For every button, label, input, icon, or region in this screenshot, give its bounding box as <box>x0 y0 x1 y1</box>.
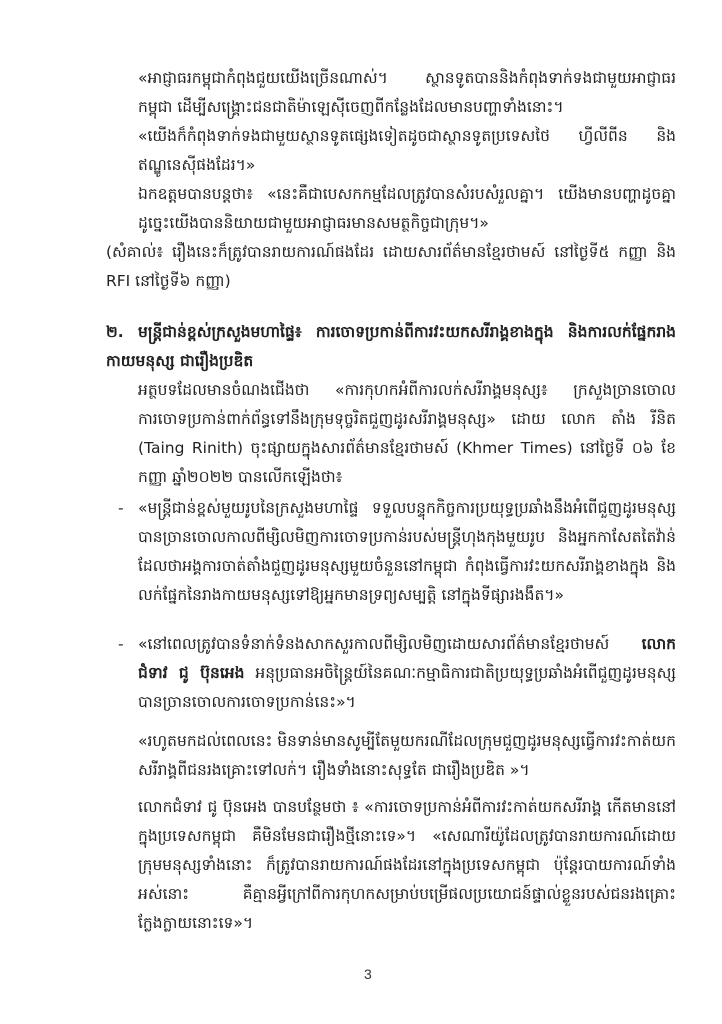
quote-paragraph-2: «យើងក៏កំពុងទាក់ទងជាមួយស្ថានទូតផ្សេងទៀតដូ… <box>138 122 676 180</box>
bullet-text-before: «នៅពេលត្រូវបានទំនាក់ទំនងសាកសួរកាលពីម្សិល… <box>138 635 642 653</box>
quote-paragraph-1: «អាជ្ញាធរកម្ពុជាកំពុងជួយយើងច្រើនណាស់។ ស្… <box>138 64 676 122</box>
bullet-item-1: - «មន្ត្រីជាន់ខ្ពស់មួយរូបនៃក្រសួងមហាផ្ទៃ… <box>138 494 676 610</box>
quote-paragraph-4: «រហូតមកដល់ពេលនេះ មិនទាន់មានសូម្បីតែមួយករ… <box>138 727 676 785</box>
final-paragraph: លោកជំទាវ ជូ ប៊ុនអេង បានបន្ថែមថា ៖ «ការចោ… <box>138 793 676 938</box>
section-number: ២. <box>106 318 138 347</box>
bullet-marker: - <box>118 494 124 523</box>
section-2-heading: ២.មន្ត្រីជាន់ខ្ពស់ក្រសួងមហាផ្ទៃ៖ ការចោទប… <box>106 318 676 376</box>
section-2-intro: អត្ថបទដែលមានចំណងជើងថា «ការកុហកអំពីការលក់… <box>138 376 676 492</box>
page-number: 3 <box>364 966 372 982</box>
bullet-marker: - <box>118 630 124 659</box>
quote-paragraph-3: ឯកឧត្តមបានបន្តថា៖ «នេះគឺជាបេសកកម្មដែលត្រ… <box>138 180 676 238</box>
section-title: មន្ត្រីជាន់ខ្ពស់ក្រសួងមហាផ្ទៃ៖ ការចោទប្រ… <box>106 323 676 370</box>
bullet-text: «មន្ត្រីជាន់ខ្ពស់មួយរូបនៃក្រសួងមហាផ្ទៃ ទ… <box>138 499 676 604</box>
document-page: «អាជ្ញាធរកម្ពុជាកំពុងជួយយើងច្រើនណាស់។ ស្… <box>0 0 722 1024</box>
source-note: (សំគាល់៖ រឿងនេះក៏ត្រូវបានរាយការណ៍ផងដែរ ដ… <box>106 238 676 296</box>
bullet-item-2: - «នៅពេលត្រូវបានទំនាក់ទំនងសាកសួរកាលពីម្ស… <box>138 630 676 717</box>
